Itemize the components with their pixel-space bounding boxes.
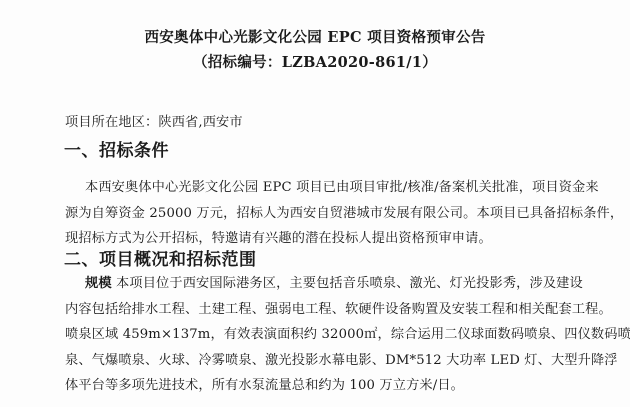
paragraph-text: 本项目位于西安国际港务区，主要包括音乐喷泉、激光、灯光投影秀，涉及建设 (112, 276, 583, 291)
paragraph-line: 喷泉区域 459m×137m，有效表演面积约 32000㎡，综合运用二仪球面数码… (65, 323, 630, 342)
paragraph-line: 泉、气爆喷泉、火球、冷雾喷泉、激光投影水幕电影、DM*512 大功率 LED 灯… (65, 349, 618, 368)
paragraph-line: 规模 本项目位于西安国际港务区，主要包括音乐喷泉、激光、灯光投影秀，涉及建设 (85, 272, 583, 291)
document-title: 西安奥体中心光影文化公园 EPC 项目资格预审公告 (0, 26, 630, 47)
section-heading-bidding-conditions: 一、招标条件 (64, 136, 169, 161)
paragraph-line: 体平台等多项先进技术，所有水泵流量总和约为 100 万立方米/日。 (65, 374, 464, 393)
paragraph-line: 源为自筹资金 25000 万元，招标人为西安自贸港城市发展有限公司。本项目已具备… (65, 202, 623, 221)
tender-number: （招标编号：LZBA2020-861/1） (0, 51, 630, 72)
paragraph-line: 现招标方式为公开招标，特邀请有兴趣的潜在投标人提出资格预审申请。 (65, 227, 492, 246)
project-location: 项目所在地区：陕西省,西安市 (65, 111, 243, 130)
section-heading-project-overview: 二、项目概况和招标范围 (64, 245, 257, 270)
paragraph-line: 内容包括给排水工程、土建工程、强弱电工程、软硬件设备购置及安装工程和相关配套工程… (65, 298, 612, 317)
document-page: 西安奥体中心光影文化公园 EPC 项目资格预审公告 （招标编号：LZBA2020… (0, 0, 630, 407)
scale-label: 规模 (85, 276, 112, 291)
paragraph-line: 本西安奥体中心光影文化公园 EPC 项目已由项目审批/核准/备案机关批准，项目资… (85, 176, 599, 195)
